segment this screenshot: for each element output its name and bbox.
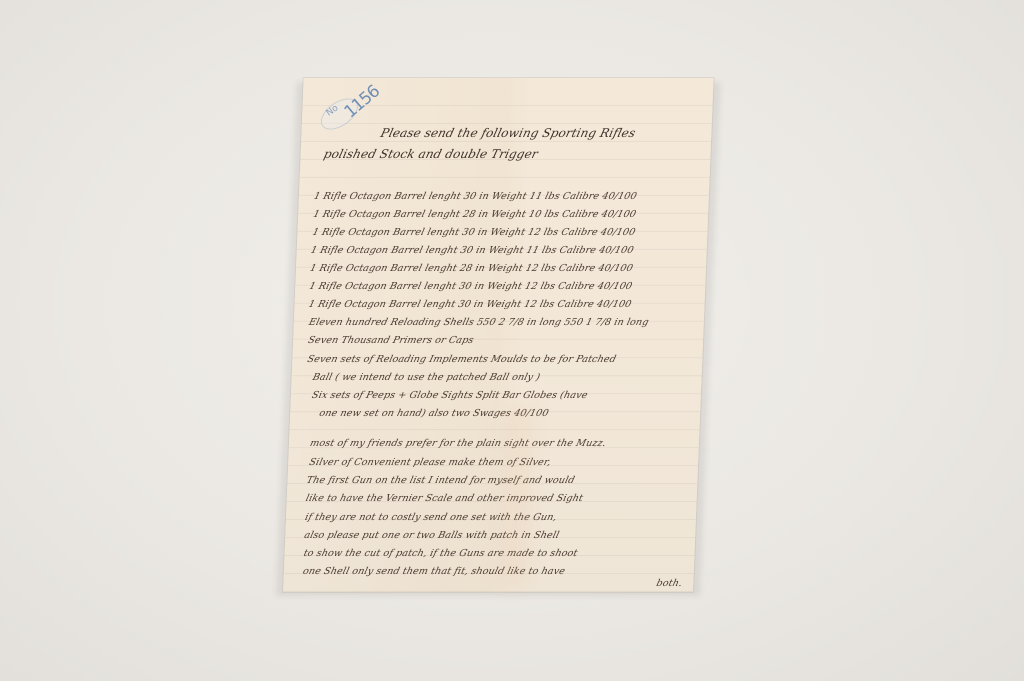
order-qty: 1 [313,191,322,202]
body-line: both. [655,578,683,589]
order-qty: 1 [312,209,321,220]
order-item: Rifle Octagon Barrel [322,191,427,202]
body-line: Silver of Convenient please make them of… [308,457,552,468]
order-weight: Weight 12 lbs [486,281,556,292]
catalog-stamp: No 1156 [312,84,392,134]
order-qty: 1 [311,227,320,238]
order-length: lenght 28 in [424,263,487,274]
order-item: Rifle Octagon Barrel [321,209,426,220]
order-weight: Weight 12 lbs [487,263,557,274]
body-line: to show the cut of patch, if the Guns ar… [302,548,578,559]
supply-line: one new set on hand) also two Swages 40/… [318,408,550,419]
order-item: Rifle Octagon Barrel [317,281,422,292]
order-calibre: Calibre 40/100 [561,191,638,202]
order-item: Rifle Octagon Barrel [317,299,422,310]
supply-line: Six sets of Peeps + Globe Sights Split B… [311,390,589,401]
order-weight: Weight 11 lbs [491,191,561,202]
order-calibre: Calibre 40/100 [556,299,633,310]
order-calibre: Calibre 40/100 [557,281,634,292]
supply-line: Seven sets of Reloading Implements Mould… [306,354,617,365]
order-qty: 1 [309,245,318,256]
body-line: The first Gun on the list I intend for m… [305,475,576,486]
order-calibre: Calibre 40/100 [558,245,635,256]
order-length: lenght 28 in [427,209,490,220]
body-line: if they are not to costly send one set w… [304,512,558,523]
body-line: one Shell only send them that fit, shoul… [302,566,567,577]
supply-line: Eleven hundred Reloading Shells 550 2 7/… [308,317,650,328]
rifle-order-row: 1 Rifle Octagon Barrel lenght 30 in Weig… [313,191,638,202]
order-length: lenght 30 in [423,281,486,292]
heading-line-2: polished Stock and double Trigger [322,147,539,161]
order-length: lenght 30 in [427,191,490,202]
order-length: lenght 30 in [426,227,489,238]
rifle-order-row: 1 Rifle Octagon Barrel lenght 30 in Weig… [309,245,634,256]
order-calibre: Calibre 40/100 [558,263,635,274]
order-length: lenght 30 in [422,299,485,310]
order-weight: Weight 12 lbs [485,299,555,310]
body-line: most of my friends prefer for the plain … [309,438,607,449]
rifle-order-row: 1 Rifle Octagon Barrel lenght 30 in Weig… [311,227,636,238]
rifle-order-row: 1 Rifle Octagon Barrel lenght 30 in Weig… [308,281,633,292]
order-length: lenght 30 in [424,245,487,256]
body-line: like to have the Vernier Scale and other… [305,493,585,504]
supply-line: Seven Thousand Primers or Caps [307,335,475,346]
order-item: Rifle Octagon Barrel [321,227,426,238]
order-item: Rifle Octagon Barrel [319,245,424,256]
letter-sheet: No 1156 Please send the following Sporti… [283,78,714,592]
order-calibre: Calibre 40/100 [561,209,638,220]
body-line: also please put one or two Balls with pa… [303,530,560,541]
order-qty: 1 [309,263,318,274]
order-qty: 1 [307,299,316,310]
order-weight: Weight 11 lbs [487,245,557,256]
order-calibre: Calibre 40/100 [560,227,637,238]
supply-line: Ball ( we intend to use the patched Ball… [311,372,541,383]
order-weight: Weight 10 lbs [490,209,560,220]
rifle-order-row: 1 Rifle Octagon Barrel lenght 30 in Weig… [307,299,632,310]
order-qty: 1 [308,281,317,292]
rifle-order-row: 1 Rifle Octagon Barrel lenght 28 in Weig… [312,209,637,220]
order-item: Rifle Octagon Barrel [318,263,423,274]
order-weight: Weight 12 lbs [489,227,559,238]
heading-line-1: Please send the following Sporting Rifle… [379,126,637,140]
rifle-order-row: 1 Rifle Octagon Barrel lenght 28 in Weig… [309,263,634,274]
